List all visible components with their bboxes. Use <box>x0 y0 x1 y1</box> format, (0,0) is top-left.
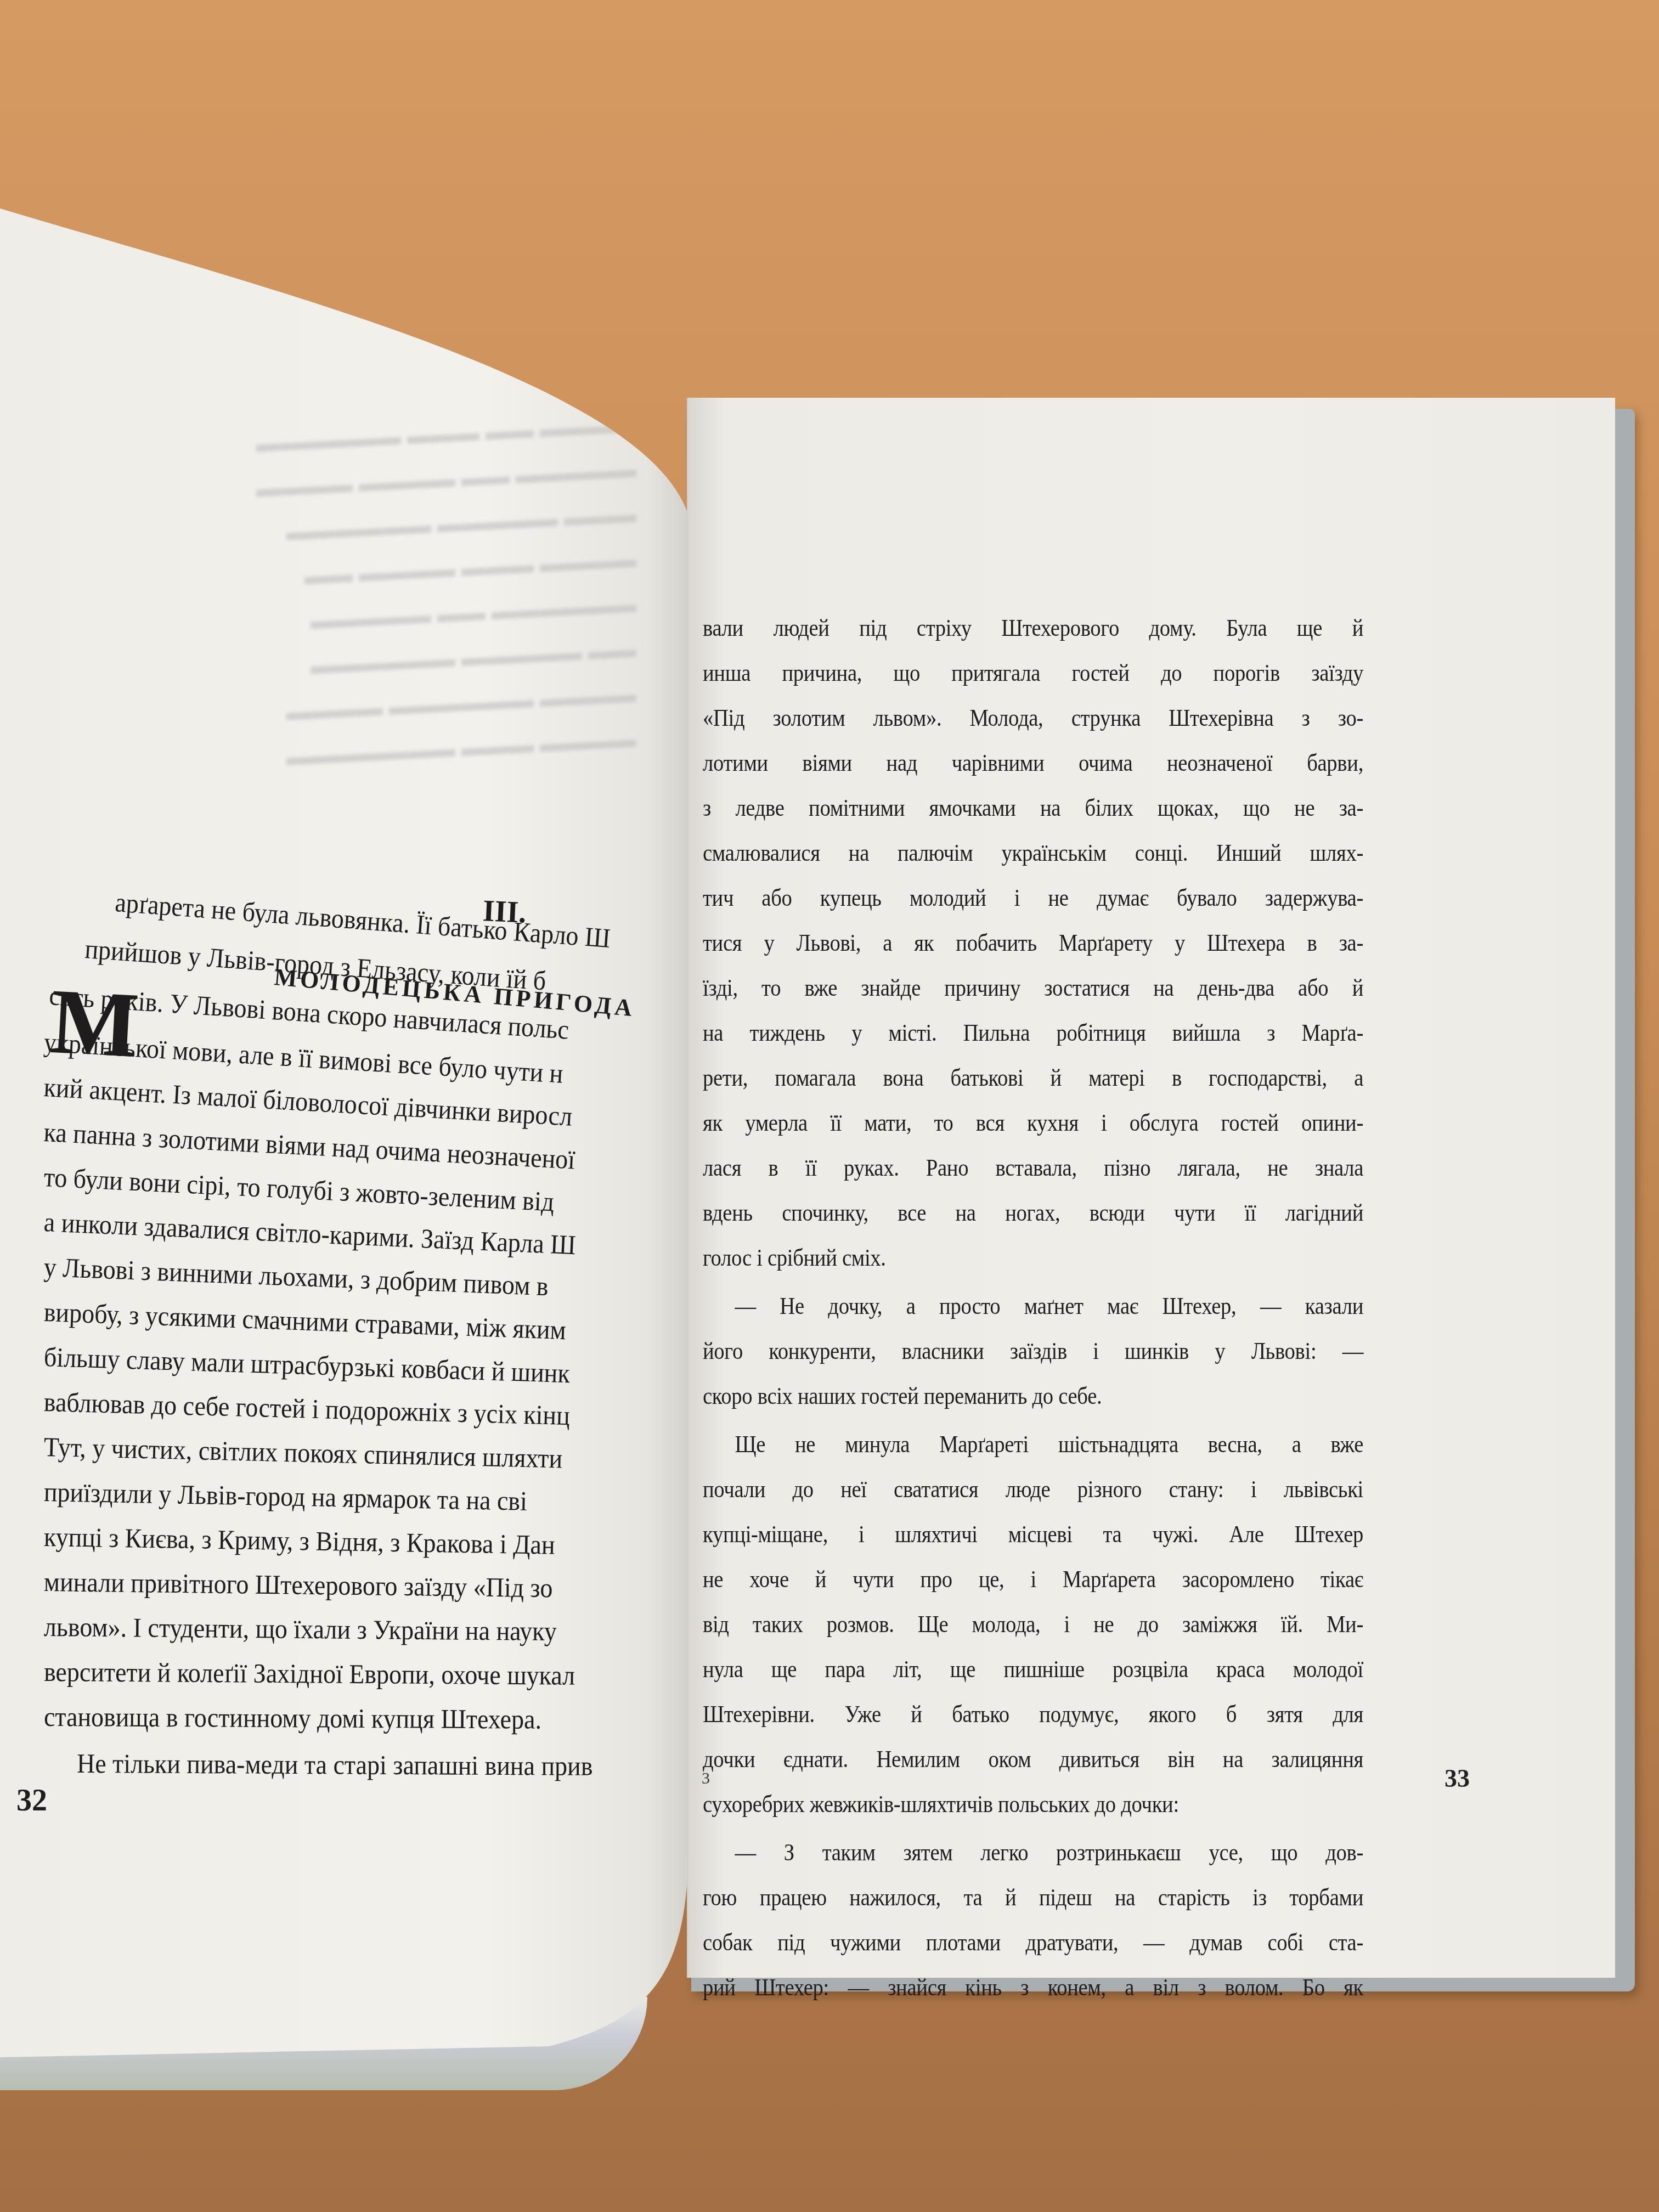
text-line: лася в її руках. Рано вставала, пізно ля… <box>703 1145 1363 1190</box>
text-line: верситети й колеґії Західної Европи, охо… <box>44 1656 575 1691</box>
page-number-left: 32 <box>16 1783 47 1818</box>
text-line: його конкуренти, власники заїздів і шинк… <box>703 1328 1363 1374</box>
text-line: нула ще пара літ, ще пишніше розцвіла кр… <box>703 1646 1363 1692</box>
text-line: становища в гостинному домі купця Штехер… <box>44 1701 541 1735</box>
text-line: минали привітного Штехерового заїзду «Пі… <box>44 1566 553 1604</box>
text-line: тися у Львові, а як побачить Марґарету у… <box>703 920 1363 966</box>
text-line: скоро всіх наших гостей переманить до се… <box>703 1373 1363 1419</box>
text-line: вдень спочинку, все на ногах, всюди чути… <box>703 1190 1363 1235</box>
text-line: львом». І студенти, що їхали з України н… <box>44 1611 557 1647</box>
text-line: «Під золотим львом». Молода, струнка Ште… <box>703 695 1363 741</box>
text-line: — Не дочку, а просто маґнет має Штехер, … <box>703 1283 1363 1329</box>
text-line: з ледве помітними ямочками на білих щока… <box>703 785 1363 831</box>
text-line: тич або купець молодий і не думає бувало… <box>703 875 1363 921</box>
text-line: гою працею нажилося, та й підеш на старі… <box>703 1875 1363 1920</box>
text-line: смалювалися на палючім українськім сонці… <box>703 830 1363 876</box>
text-line: инша причина, що притягала гостей до пор… <box>703 650 1363 696</box>
text-line: Ще не минула Марґареті шістьнадцята весн… <box>703 1421 1363 1467</box>
right-page-footer: 3 33 <box>702 1764 1470 1797</box>
text-line: Не тільки пива-меди та старі запашні вин… <box>77 1747 593 1782</box>
text-line: від таких розмов. Ще молода, і не до зам… <box>703 1601 1363 1647</box>
text-line: вали людей під стріху Штехерового дому. … <box>703 605 1363 651</box>
text-line: їзді, то вже знайде причину зостатися на… <box>703 965 1363 1011</box>
text-line: рети, помагала вона батькові й матері в … <box>703 1055 1363 1101</box>
text-line: лотими віями над чарівними очима неознач… <box>703 740 1363 786</box>
text-line: Штехерівни. Уже й батько подумує, якого … <box>703 1691 1363 1737</box>
text-line: купці-міщане, і шляхтичі місцеві та чужі… <box>703 1511 1363 1557</box>
text-line: рий Штехер: — знайся кінь з конем, а віл… <box>703 1965 1363 2010</box>
page-number-right: 33 <box>1444 1764 1470 1793</box>
text-line: не хоче й чути про це, і Марґарета засор… <box>703 1556 1363 1602</box>
text-line: на тиждень у місті. Пильна робітниця вий… <box>703 1010 1363 1056</box>
text-line: почали до неї свататися люде різного ста… <box>703 1466 1363 1512</box>
signature-mark: 3 <box>702 1769 710 1788</box>
text-line: — З таким зятем легко розтринькаєш усе, … <box>703 1830 1363 1875</box>
right-page: вали людей під стріху Штехерового дому. … <box>687 398 1615 1978</box>
text-line: голос і срібний сміх. <box>703 1235 1363 1280</box>
text-line: як умерла її мати, то вся кухня і обслуг… <box>703 1100 1363 1145</box>
text-line: собак під чужими плотами дратувати, — ду… <box>703 1920 1363 1965</box>
